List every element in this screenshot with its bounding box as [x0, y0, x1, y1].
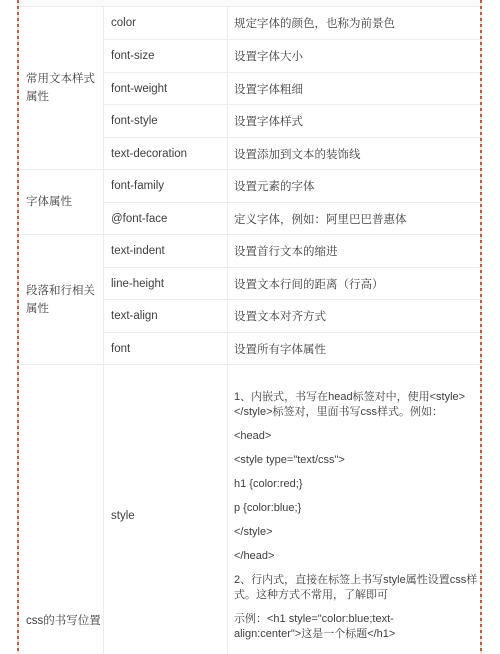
property-cell: @font-face [104, 203, 228, 234]
property-cell: font-size [104, 40, 228, 72]
property-cell: font [104, 333, 228, 364]
section-paragraph-line-properties: 段落和行相关 属性 text-indent 设置首行文本的缩进 line-hei… [19, 235, 480, 365]
category-cell: css的书写位置 [19, 365, 104, 654]
description-cell: 设置文本对齐方式 [228, 300, 480, 332]
description-cell: 设置所有字体属性 [228, 333, 480, 364]
dashed-border-right [480, 0, 482, 654]
code-line: <head> [234, 429, 480, 444]
description-cell: 设置字体样式 [228, 105, 480, 137]
property-cell: color [104, 7, 228, 39]
property-cell: font-style [104, 105, 228, 137]
description-cell: 1、内嵌式，书写在head标签对中，使用<style> </style>标签对，… [228, 365, 480, 654]
style-usage-paragraph: 2、行内式，直接在标签上书写style属性设置css样 式。这种方式不常用，了解… [234, 573, 480, 603]
property-cell: line-height [104, 268, 228, 299]
table-row: font 设置所有字体属性 [104, 333, 480, 364]
style-usage-paragraph: 1、内嵌式，书写在head标签对中，使用<style> </style>标签对，… [234, 390, 480, 420]
code-line: p {color:blue;} [234, 501, 480, 516]
table-row: font-style 设置字体样式 [104, 105, 480, 138]
category-cell: 常用文本样式 属性 [19, 7, 104, 169]
css-reference-page: 常用文本样式 属性 color 规定字体的颜色，也称为前景色 font-size… [0, 0, 500, 654]
property-cell: text-indent [104, 235, 228, 267]
property-cell: font-weight [104, 73, 228, 104]
section-common-text-styles: 常用文本样式 属性 color 规定字体的颜色，也称为前景色 font-size… [19, 7, 480, 170]
style-example-paragraph: 示例：<h1 style="color:blue;text- align:cen… [234, 612, 480, 642]
table-row: color 规定字体的颜色，也称为前景色 [104, 7, 480, 40]
description-cell: 设置文本行间的距离（行高） [228, 268, 480, 299]
table-top-partial-row [19, 0, 480, 7]
code-line: </style> [234, 525, 480, 540]
property-cell: text-align [104, 300, 228, 332]
description-cell: 设置字体粗细 [228, 73, 480, 104]
table-row: text-decoration 设置添加到文本的装饰线 [104, 138, 480, 169]
description-cell: 设置元素的字体 [228, 170, 480, 202]
table-row: font-weight 设置字体粗细 [104, 73, 480, 105]
category-cell: 段落和行相关 属性 [19, 235, 104, 364]
table-row: style 1、内嵌式，书写在head标签对中，使用<style> </styl… [104, 365, 480, 654]
category-cell: 字体属性 [19, 170, 104, 234]
table-row: font-size 设置字体大小 [104, 40, 480, 73]
description-cell: 设置首行文本的缩进 [228, 235, 480, 267]
code-line: <style type="text/css"> [234, 453, 480, 468]
section-css-writing-position: css的书写位置 style 1、内嵌式，书写在head标签对中，使用<styl… [19, 365, 480, 654]
property-cell: text-decoration [104, 138, 228, 169]
table-row: @font-face 定义字体，例如：阿里巴巴普惠体 [104, 203, 480, 234]
description-cell: 规定字体的颜色，也称为前景色 [228, 7, 480, 39]
table-row: text-align 设置文本对齐方式 [104, 300, 480, 333]
table-row: line-height 设置文本行间的距离（行高） [104, 268, 480, 300]
description-cell: 设置添加到文本的装饰线 [228, 138, 480, 169]
property-cell: style [104, 365, 228, 654]
code-line: h1 {color:red;} [234, 477, 480, 492]
table-row: text-indent 设置首行文本的缩进 [104, 235, 480, 268]
code-line: </head> [234, 549, 480, 564]
description-cell: 设置字体大小 [228, 40, 480, 72]
table-row: font-family 设置元素的字体 [104, 170, 480, 203]
property-cell: font-family [104, 170, 228, 202]
css-properties-table: 常用文本样式 属性 color 规定字体的颜色，也称为前景色 font-size… [19, 0, 480, 654]
description-cell: 定义字体，例如：阿里巴巴普惠体 [228, 203, 480, 234]
section-font-properties: 字体属性 font-family 设置元素的字体 @font-face 定义字体… [19, 170, 480, 235]
